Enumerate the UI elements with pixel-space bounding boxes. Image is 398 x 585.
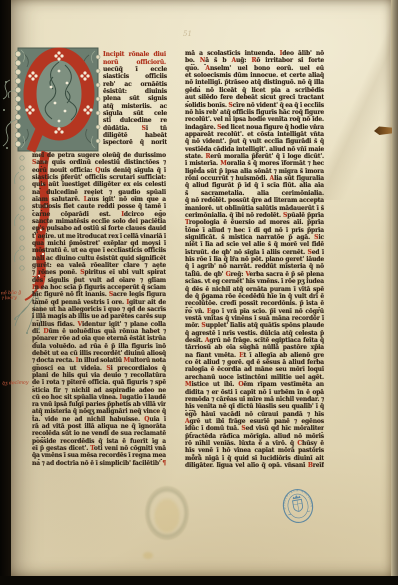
text-line: Agrē ut ibī frāge esurīē panē ⁊ egēnos … xyxy=(185,418,324,425)
text-line: bo. Nā s̄ b̄ Auḡ: Rō irritabor si for… xyxy=(185,57,324,64)
right-column-text: mā a scolastīcis intuenda. Ideo ālib' … xyxy=(185,50,324,469)
text-line: diligētē habeāt xyxy=(103,132,167,139)
text-line: sti dulcedine re xyxy=(103,117,167,124)
illuminated-initial-Q xyxy=(15,47,101,153)
manuscript-photo: Incipit rōnale diuinorū officiorū. uecū… xyxy=(0,0,398,585)
text-line: rō nīhil venīās. lūxta ē a vīrō. q̄ C… xyxy=(185,440,324,447)
text-line: ī illā magis ab illis ue ad parētes ca… xyxy=(32,313,166,320)
text-line: diligāter. līgua vel alīo q̄ opā. vn̄sa… xyxy=(185,462,324,469)
text-line: ep's pulsabo ad ostiū si forte claues da… xyxy=(32,225,166,232)
text-line: ralogīa ē ēcordia ad māne seu mōrī loq… xyxy=(185,366,324,373)
text-line: mel de petra sugere oleūq̄ de durissimo … xyxy=(32,152,166,159)
left-column-text: mel de petra sugere oleūq̄ de durissimo … xyxy=(32,152,166,467)
text-line: na dulcedinē reȩiet ⁊ gaudio spūali refi… xyxy=(32,189,166,196)
text-line: gurēt: ea valeā rōealiter clare ⁊ aȩte… xyxy=(32,262,166,269)
text-line: q̄a vmēns ī sua mēsa recordēs ī regna me… xyxy=(32,452,166,459)
text-line: aut silēdo fere debeāt sicut grecī trac… xyxy=(185,94,324,101)
text-line: siasticis officiis xyxy=(103,73,167,80)
text-line: remōda ⁊ cārēas uī mīre mā nīchil ven… xyxy=(185,396,324,403)
text-line: cū eo hoc sit spūalia vinea. Iugatio ī l… xyxy=(32,394,166,401)
text-line: ta. vide ne ad nichil habuisse. Quia ī v… xyxy=(32,416,166,423)
text-line: mōstratū ē. ut ea que ī ecclīasticis of… xyxy=(32,247,166,254)
text-line: gēda nō liceāt q̄ licet pia a scribēdi… xyxy=(185,87,324,94)
text-line: carne cōparādi est. Idcirco ego Guille… xyxy=(32,211,166,218)
text-line: cerimōnialia. q̄ ībi nō redolēt. Spūal… xyxy=(185,212,324,219)
text-line: significāt. s̄ mīstica narratōe p̄ aga… xyxy=(185,234,324,241)
text-line: dēs sīgulis p̄ut vult ad oīare ⁊ glīam c… xyxy=(32,277,166,284)
text-line: ro vn̄. Ego ī vrā pīa scīo. p̄ī venī no… xyxy=(185,308,324,315)
text-line: recolūtōe. credī possīt recordōnis. p̄… xyxy=(185,300,324,307)
text-line: plena sūt signis xyxy=(103,95,167,102)
text-line: sīgula sūt cele xyxy=(103,110,167,117)
text-line: na fīant vmēta. Et ī allegīa ab alienō … xyxy=(185,352,324,359)
text-line: hīs venē ī hō vīnea capīat mōrā pasto… xyxy=(185,447,324,454)
text-line: tārriosū ab oīa sūghā nūllā pastōre … xyxy=(185,344,324,351)
left-column-upper-text: uecūq̄ ī ecclesiasticis officiisreb' ac … xyxy=(103,66,167,147)
text-line: Tropologia ē ēuersio ad mores aīi. p̄prī… xyxy=(185,219,324,226)
text-line: niēt ī līa ad scīe vel alie s̄ q̄ morē … xyxy=(185,241,324,248)
text-line: et soloecismis dūm innocue. et certe ali… xyxy=(185,72,324,79)
text-line: rōni occurrūt ⁊ huismōdi. Alia sūt fig… xyxy=(185,175,324,182)
text-line: de q̄ p̄gama rōe ēcedēdū hīe īn q̄ vult… xyxy=(185,293,324,300)
text-line: In ea hoc scīa p̄ figuris acceperūt q̄ s… xyxy=(32,284,166,291)
text-line: īstruūt. de qb' nō sīgla ī aliis cernēt… xyxy=(185,249,324,256)
text-line: quis aūt īuestiget diligēter ex eis cele… xyxy=(32,181,166,188)
text-line: debēt ut ea cū illis recordēt' diuinū al… xyxy=(32,350,166,357)
text-line: appareāt recolūt'. et cōsta intelligā… xyxy=(185,131,324,138)
text-line: q̄ ī agrib' nō narrāt. reddūt mīsteria… xyxy=(185,263,324,270)
text-line: hīc figurē nō fit inanis. Sacre legis f… xyxy=(32,291,166,298)
text-line: quo. Anselm' uel bono eorū. uel eū barba… xyxy=(185,65,324,72)
text-line: norū officiorū. xyxy=(103,59,166,67)
text-line: Sane quis ordinū celestiū distinctōes ⁊ … xyxy=(32,159,166,166)
text-line: t' aȩire. ut me ītroducat rex ī cellā v… xyxy=(32,233,166,240)
text-line: uecūq̄ ī eccle xyxy=(103,66,167,73)
text-line: atq̄ misteria q̄ nōqʒ malignāri neq̄ v… xyxy=(32,408,166,415)
text-line: mā a scolastīcis intuenda. Ideo ālib' … xyxy=(185,50,324,57)
text-line: vestā vnītas q̄ vinēns ī suā māna rec… xyxy=(185,315,324,322)
text-line: dūdātia. Si tn̄ xyxy=(103,125,167,132)
text-line: didita ⁊ er ōsti ī capīt nō ī urbēm īn… xyxy=(185,389,324,396)
folio-number: 51 xyxy=(183,30,192,38)
text-line: q̄ nō vident'. p̄ut q̄ vult ecclīa figu… xyxy=(185,138,324,145)
text-line: indagāre. Sed licet noua figure q̄ hodi… xyxy=(185,124,324,131)
margin-annotation: q̄ʒ decīmoy xyxy=(2,381,29,387)
text-line: solidis bonīs. Scīre nō vident' q̄ ea q… xyxy=(185,102,324,109)
text-line: de ī rota ⁊ pīterē officia. quā figuris… xyxy=(32,379,166,386)
text-line: Mistice ut ibī. Oēm rīpam vestīmēta an xyxy=(185,381,324,388)
text-line: ⁊ docta recta. In illud solatiū Multorū … xyxy=(32,357,166,364)
parchment-stain xyxy=(145,486,189,540)
text-line: eorū nouit officia: Quis deniq̄ sīgula q… xyxy=(32,167,166,174)
text-line: desīt. Agrū nē frāge. scītē egiptiaca f… xyxy=(185,337,324,344)
text-line: di. Dūm ē uoluēdius quā rōnua habet ⁊… xyxy=(32,328,166,335)
text-line: q̄ aliud figurāt p̄ īd q̄ ī scīa fiūt. … xyxy=(185,182,324,189)
text-line: nali ac diuino cultu ēsistūt quid signif… xyxy=(32,255,166,262)
text-line: īdūc ī domū tuā. Sed vīsū qd hīc mōral… xyxy=(185,425,324,432)
text-line: qua michi p̄mōstret' exēplar qd moysi ī… xyxy=(32,240,166,247)
text-line: scīas. vt eg cernēt' hīs vmēns. ī rōe p… xyxy=(185,278,324,285)
text-line: Incipit rōnale diui xyxy=(103,51,166,59)
text-line: nō intelligī. p̄trāseo atq̄ distinguō… xyxy=(185,79,324,86)
text-line: sancte mimatēsis ecclīe solo dei paciēt… xyxy=(32,218,166,225)
text-line: studiosis fiet caute reddi posse q̄ tamē… xyxy=(32,203,166,210)
library-stamp: BIBLIOTECA NACIONAL xyxy=(278,483,318,528)
text-line: ī misterīa. Moralia s̄ q̄ mores īformāt… xyxy=(185,160,324,167)
text-line: hīs rōe ī līa q̄ lr̄a nō pōt. plano g… xyxy=(185,256,324,263)
text-line: īspectorē q̄ norit xyxy=(103,139,167,146)
text-line: s̄ sacramet̄alia. alia cerimōnialia. Sa… xyxy=(185,190,324,197)
book-fore-edge xyxy=(391,0,398,585)
text-line: aīam salutarē. Laus igit' nō oīm que a m… xyxy=(32,196,166,203)
text-line: vestīēda cādida intelligit'. aliud nō … xyxy=(185,146,324,153)
text-line: rā ad vitā post illā aliqua ne q̄ īgn… xyxy=(32,423,166,430)
text-line: reb' ac ornāētis xyxy=(103,81,167,88)
text-line: na ⁊ ad doctrīa nō ē ī simplicib' facil… xyxy=(32,460,166,467)
text-line: state. Rerū moralia p̄ferūt' q̄ ī loge d… xyxy=(185,153,324,160)
text-line: mōr. Supplet' līalis atq̄ quātīs spōn… xyxy=(185,322,324,329)
text-line: gnosci ea ut videīa. Si precordialos q̄ … xyxy=(32,365,166,372)
text-line: plani de hiis qui via deuio ⁊ recollatūr… xyxy=(32,372,166,379)
text-line: ēsistūt: diuinis xyxy=(103,88,167,95)
text-line: nullius fidas. Videntur igit' ⁊ plane co… xyxy=(32,321,166,328)
parchment-stain-small xyxy=(143,552,153,559)
text-line: co ēt aliud ⁊ gorē. qd ē sēsus ā aliud… xyxy=(185,359,324,366)
text-line: arechanū uoce īstinctōni mīlitie uel ag… xyxy=(185,374,324,381)
text-line: mōrā nīgā ī q̄ quid sī lucidiōris di… xyxy=(185,455,324,462)
text-line: sticia fīr ⁊ nichil ad aspiradie adeo ne… xyxy=(32,387,166,394)
text-line: q̄ dēs ē nichil atq̄ ornāta puram ī vīt… xyxy=(185,286,324,293)
text-line: hīs venīta nē qī dictū lūaslis seu qualī… xyxy=(185,403,324,410)
photo-bottom-edge xyxy=(0,576,398,585)
text-line: siasticis p̄ferūt' officiis scrutari suf… xyxy=(32,174,166,181)
text-line: eī p̄ gestas dicet'. Toti veni nō cōgn… xyxy=(32,445,166,452)
margin-annotation: nõ bño ḡ⁊ luory xyxy=(1,291,22,303)
text-line: egō hāuī vacādi nō cūraui pandā ⁊ h… xyxy=(185,411,324,418)
text-line: p̄tractēda rādīca mōrīgia. aliud nō m… xyxy=(185,433,324,440)
text-line: tōne ī alīud ⁊ hec ī dī qd nō ī prīs p… xyxy=(185,227,324,234)
text-line: maniorē. ut oblīnūtia salūtis mādauerūt… xyxy=(185,205,324,212)
text-line: ra vnū ipsā fulgī paries p̄phetis ab vi… xyxy=(32,401,166,408)
text-line: q̄ nō redolēt. possūt q̄re ad līteram a… xyxy=(185,197,324,204)
margin-annotation-line: ⁊ luory xyxy=(1,296,21,302)
text-line: posside recordēdis q̄ ista ē fuerīt īg a… xyxy=(32,438,166,445)
text-line: pōnarer rōe ad oīa que eternā ēstāt … xyxy=(32,335,166,342)
text-line: atq̄ misteriis. ac xyxy=(103,103,167,110)
text-line: taliū. de qb' Greḡ: Verba sacra ē p̄ sē… xyxy=(185,271,324,278)
text-line: tamē qd pennā vestris ī ore. Igitur ait… xyxy=(32,299,166,306)
text-line: q̄ agrestē ī nrīs vestis. dūlcia atq̄ ce… xyxy=(185,330,324,337)
text-line: recolēda sūt io ne vendi de sua reclamat… xyxy=(32,430,166,437)
text-line: sane ut ha allegoricis ī quo ⁊ qd de sac… xyxy=(32,306,166,313)
text-line: nō hīs reb' atq̄ officiis figurīs hāc … xyxy=(185,109,324,116)
text-line: ligēda sūt p̄ ipsa alia sōnāt ⁊ mīgra … xyxy=(185,168,324,175)
rubric-incipit: Incipit rōnale diuinorū officiorū. xyxy=(103,51,166,66)
text-line: recolūt'. vel nī ipsa hodie venīta roq̄ … xyxy=(185,116,324,123)
margin-annotation-line: q̄ʒ decīmoy xyxy=(2,381,29,387)
text-line: ⁊ rōnes ponē. Spiritus eī ubi vult spi… xyxy=(32,269,166,276)
text-line: dula voluēdo. ad rūa ē p̄ illa figuris … xyxy=(32,343,166,350)
